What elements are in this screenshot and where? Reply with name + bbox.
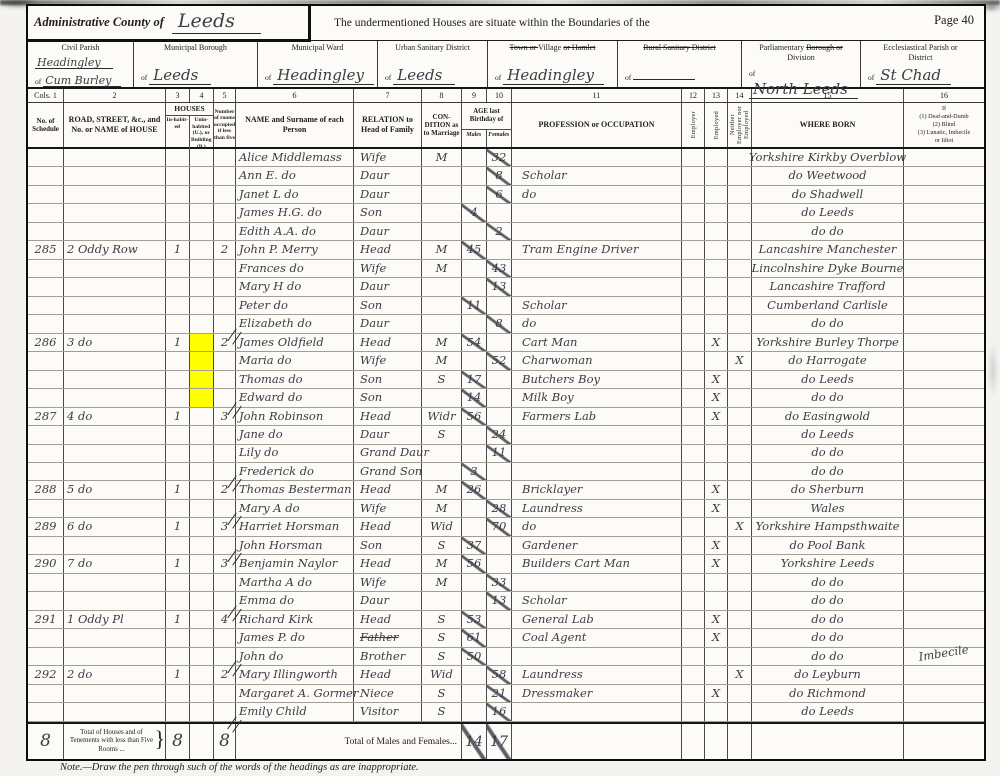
cell-schedule: [28, 703, 64, 720]
cell-age-female: [487, 481, 512, 498]
cell-born: do do: [752, 629, 904, 646]
cell-condition: S: [422, 537, 462, 554]
district-field: Parliamentary Borough or Division ofNort…: [742, 41, 861, 87]
cell-inhabited: 1: [166, 518, 190, 535]
cell-condition: M: [422, 555, 462, 572]
district-label: Civil Parish: [30, 43, 131, 53]
cell-neither: [728, 500, 752, 517]
cell-occupation: [512, 204, 682, 221]
cell-name: Maria do: [236, 352, 354, 369]
cell-name: Mary H do: [236, 278, 354, 295]
header-infirmity-lines: If (1) Deaf-and-Dumb (2) Blind (3) Lunat…: [918, 105, 970, 145]
census-row: Edith A.A. doDaur2do do: [28, 223, 984, 241]
cell-occupation: [512, 648, 682, 665]
district-label: Rural Sanitary District: [620, 43, 739, 53]
census-row: Thomas doSonS17Butchers BoyXdo Leeds: [28, 371, 984, 389]
districts-row: Civil Parish HeadingleyofCum BurleyMunic…: [28, 41, 984, 89]
cell-occupation: [512, 426, 682, 443]
cell-schedule: [28, 278, 64, 295]
cell-road: [64, 463, 166, 480]
col-number: 10: [487, 89, 512, 102]
cell-born: do Harrogate: [752, 352, 904, 369]
cell-infirmity: [904, 149, 984, 166]
cell-neither: [728, 445, 752, 462]
cell-road: [64, 703, 166, 720]
cell-age-female: [487, 463, 512, 480]
col-number: 4: [190, 89, 214, 102]
cell-employer: [682, 260, 705, 277]
cell-name: Elizabeth do: [236, 315, 354, 332]
cell-relation: Son: [354, 204, 422, 221]
cell-name: Richard Kirk: [236, 611, 354, 628]
total-empty-cell: [904, 724, 984, 760]
cell-infirmity: [904, 703, 984, 720]
cell-age-male: [462, 149, 487, 166]
cell-uninhabited: [190, 574, 214, 591]
cell-age-female: 58: [487, 666, 512, 683]
cell-born: do Leeds: [752, 703, 904, 720]
cell-employer: [682, 592, 705, 609]
cell-age-female: [487, 389, 512, 406]
cell-schedule: [28, 463, 64, 480]
cell-employer: [682, 703, 705, 720]
district-value: Leeds: [149, 68, 211, 85]
cell-employer: [682, 278, 705, 295]
total-females: 17: [490, 735, 508, 749]
cell-employer: [682, 463, 705, 480]
cell-infirmity: [904, 278, 984, 295]
census-row: 2896 do13Harriet HorsmanHeadWid70doXYork…: [28, 518, 984, 536]
district-value: Headingley: [503, 68, 604, 85]
cell-schedule: [28, 149, 64, 166]
cell-employer: [682, 685, 705, 702]
cell-born: do do: [752, 648, 904, 665]
cell-road: 2 Oddy Row: [64, 241, 166, 258]
header-age: AGE last Birthday of: [462, 103, 511, 130]
cell-inhabited: [166, 315, 190, 332]
cell-condition: S: [422, 703, 462, 720]
cell-occupation: Scholar: [512, 297, 682, 314]
col-number: 6: [236, 89, 354, 102]
page-number: Page 40: [934, 13, 974, 28]
header-condition: CON-DITION as to Marriage: [422, 103, 462, 147]
cell-employer: [682, 167, 705, 184]
cell-employed: [705, 518, 728, 535]
cell-neither: [728, 315, 752, 332]
header-houses: HOUSES: [166, 103, 213, 116]
cell-infirmity: [904, 223, 984, 240]
census-row: Margaret A. GormerNieceS21DressmakerXdo …: [28, 685, 984, 703]
cell-uninhabited: [190, 445, 214, 462]
cell-schedule: 287: [28, 408, 64, 425]
cell-inhabited: [166, 371, 190, 388]
cell-born: do do: [752, 445, 904, 462]
cell-name: Alice Middlemass: [236, 149, 354, 166]
cell-born: do do: [752, 611, 904, 628]
cell-schedule: [28, 297, 64, 314]
cell-name: Edward do: [236, 389, 354, 406]
cell-employer: [682, 445, 705, 462]
cell-rooms: [214, 574, 236, 591]
cell-occupation: [512, 260, 682, 277]
cell-infirmity: [904, 611, 984, 628]
cell-employer: [682, 648, 705, 665]
header-name: NAME and Surname of each Person: [236, 103, 354, 147]
cell-age-female: 13: [487, 592, 512, 609]
cell-uninhabited: [190, 685, 214, 702]
cell-age-male: 14: [462, 389, 487, 406]
cell-neither: [728, 426, 752, 443]
cell-employer: [682, 223, 705, 240]
census-row: Ann E. doDaur8Scholardo Weetwood: [28, 167, 984, 185]
cell-occupation: [512, 278, 682, 295]
cell-condition: S: [422, 685, 462, 702]
cell-road: [64, 149, 166, 166]
cell-road: [64, 574, 166, 591]
cell-uninhabited: [190, 167, 214, 184]
cell-age-male: 56: [462, 408, 487, 425]
cell-born: do Leeds: [752, 426, 904, 443]
cell-road: 5 do: [64, 481, 166, 498]
header-employed-label: Employed: [713, 111, 720, 139]
cell-schedule: [28, 260, 64, 277]
district-label: Town or Village or Hamlet: [490, 43, 615, 53]
cell-schedule: [28, 500, 64, 517]
cell-name: Martha A do: [236, 574, 354, 591]
cell-occupation: Laundress: [512, 666, 682, 683]
cell-employer: [682, 426, 705, 443]
cell-neither: [728, 223, 752, 240]
cell-infirmity: [904, 260, 984, 277]
cell-neither: [728, 204, 752, 221]
census-row: Frances doWifeM43Lincolnshire Dyke Bourn…: [28, 260, 984, 278]
col-number: 2: [64, 89, 166, 102]
cell-age-female: [487, 611, 512, 628]
cell-uninhabited: [190, 666, 214, 683]
total-females-cell: 17: [487, 724, 512, 760]
cell-infirmity: [904, 685, 984, 702]
header-males: Males: [462, 130, 487, 147]
cell-age-female: 32: [487, 149, 512, 166]
district-field: Rural Sanitary District of: [618, 41, 742, 87]
cell-schedule: [28, 592, 64, 609]
cell-occupation: Cart Man: [512, 334, 682, 351]
cell-name: Emily Child: [236, 703, 354, 720]
cell-relation: Daur: [354, 426, 422, 443]
col-number: 16: [904, 89, 984, 102]
cell-road: [64, 648, 166, 665]
table-body: Alice MiddlemassWifeM32Yorkshire Kirkby …: [28, 149, 984, 722]
cell-infirmity: [904, 629, 984, 646]
cell-infirmity: [904, 481, 984, 498]
total-empty-cell: [682, 724, 705, 760]
col-number: 11: [512, 89, 682, 102]
cell-occupation: [512, 445, 682, 462]
cell-born: Lancashire Trafford: [752, 278, 904, 295]
cell-age-male: 56: [462, 555, 487, 572]
cell-neither: [728, 463, 752, 480]
cell-employer: [682, 389, 705, 406]
census-row: 2874 do13John RobinsonHeadWidr56Farmers …: [28, 408, 984, 426]
cell-born: Yorkshire Burley Thorpe: [752, 334, 904, 351]
cell-age-male: [462, 574, 487, 591]
cell-neither: X: [728, 352, 752, 369]
cell-age-female: 16: [487, 703, 512, 720]
cell-age-male: [462, 685, 487, 702]
cell-relation: Daur: [354, 278, 422, 295]
cell-condition: [422, 445, 462, 462]
header-females: Females: [487, 130, 511, 147]
cell-age-male: [462, 518, 487, 535]
census-row: Janet L doDaur6dodo Shadwell: [28, 186, 984, 204]
cell-relation: Daur: [354, 186, 422, 203]
cell-name: James P. do: [236, 629, 354, 646]
district-value: Leeds: [393, 68, 455, 85]
cell-relation: Visitor: [354, 703, 422, 720]
cell-uninhabited-highlighted: [190, 334, 214, 351]
cell-occupation: Milk Boy: [512, 389, 682, 406]
district-value: Headingley: [35, 57, 113, 69]
cell-road: [64, 352, 166, 369]
scan-smudge-edge: [988, 340, 998, 400]
cell-rooms: [214, 167, 236, 184]
cell-infirmity: [904, 666, 984, 683]
total-empty-cell: [752, 724, 904, 760]
cell-employer: [682, 408, 705, 425]
cell-schedule: 292: [28, 666, 64, 683]
census-row: Edward doSon14Milk BoyXdo do: [28, 389, 984, 407]
cell-inhabited: [166, 204, 190, 221]
cell-age-male: [462, 445, 487, 462]
cell-age-female: 52: [487, 352, 512, 369]
cell-road: 1 Oddy Pl: [64, 611, 166, 628]
cell-employed: X: [705, 685, 728, 702]
cell-infirmity: [904, 297, 984, 314]
of-prefix: of: [868, 73, 874, 82]
cell-employed: X: [705, 500, 728, 517]
cell-schedule: [28, 371, 64, 388]
cell-rooms: [214, 426, 236, 443]
of-prefix: of: [35, 77, 41, 86]
cell-employed: [705, 426, 728, 443]
header-age-group: AGE last Birthday of Males Females: [462, 103, 512, 147]
census-row: Emily ChildVisitorS16do Leeds: [28, 703, 984, 721]
header-houses-group: HOUSES In-habit-ed Unin-habited (U.), or…: [166, 103, 214, 147]
cell-name: Harriet Horsman: [236, 518, 354, 535]
cell-occupation: [512, 149, 682, 166]
cell-schedule: 290: [28, 555, 64, 572]
cell-occupation: [512, 463, 682, 480]
cell-uninhabited: [190, 500, 214, 517]
cell-uninhabited: [190, 315, 214, 332]
census-row: 2852 Oddy Row12John P. MerryHeadM45Tram …: [28, 241, 984, 259]
cell-name: John Robinson: [236, 408, 354, 425]
cell-road: [64, 223, 166, 240]
cell-neither: [728, 574, 752, 591]
cell-name: James Oldfield: [236, 334, 354, 351]
cell-relation: Wife: [354, 260, 422, 277]
cell-road: 6 do: [64, 518, 166, 535]
cell-employed: [705, 278, 728, 295]
cell-age-female: [487, 204, 512, 221]
cell-uninhabited: [190, 518, 214, 535]
census-row: 2922 do12Mary IllingworthHeadWid58Laundr…: [28, 666, 984, 684]
cell-name: Frederick do: [236, 463, 354, 480]
cell-neither: X: [728, 666, 752, 683]
cell-infirmity: [904, 445, 984, 462]
census-row: Jane doDaurS24do Leeds: [28, 426, 984, 444]
cell-schedule: [28, 537, 64, 554]
cell-schedule: [28, 223, 64, 240]
totals-row: 8 Total of Houses and of Tenements with …: [28, 722, 984, 760]
cell-name: Benjamin Naylor: [236, 555, 354, 572]
cell-employed: [705, 315, 728, 332]
cell-infirmity: [904, 167, 984, 184]
column-numbers-row: Cols. 1 2 3 4 5 6 7 8 9 10 11 12 13 14 1…: [28, 89, 984, 103]
cell-born: do Sherburn: [752, 481, 904, 498]
district-value: [633, 78, 695, 80]
cell-neither: [728, 629, 752, 646]
cell-neither: [728, 278, 752, 295]
cell-occupation: [512, 574, 682, 591]
cell-employed: [705, 463, 728, 480]
cell-uninhabited: [190, 204, 214, 221]
cell-age-male: [462, 703, 487, 720]
cell-born: do do: [752, 463, 904, 480]
total-mf-label-cell: Total of Males and Females...: [236, 724, 462, 760]
cell-name: Emma do: [236, 592, 354, 609]
cell-condition: [422, 167, 462, 184]
cell-born: do Easingwold: [752, 408, 904, 425]
cell-neither: [728, 186, 752, 203]
cell-neither: [728, 648, 752, 665]
cell-condition: [422, 297, 462, 314]
cell-inhabited: [166, 223, 190, 240]
cell-employed: X: [705, 629, 728, 646]
cell-neither: [728, 703, 752, 720]
cell-infirmity: [904, 315, 984, 332]
header-employer-label: Employer: [690, 111, 697, 138]
cell-inhabited: [166, 592, 190, 609]
district-label: Parliamentary Borough or Division: [744, 43, 858, 63]
cell-schedule: [28, 574, 64, 591]
cell-age-female: 28: [487, 500, 512, 517]
cell-occupation: Butchers Boy: [512, 371, 682, 388]
cell-name: John Horsman: [236, 537, 354, 554]
cell-road: [64, 297, 166, 314]
cell-condition: Widr: [422, 408, 462, 425]
cell-inhabited: [166, 463, 190, 480]
cell-age-male: 17: [462, 371, 487, 388]
cell-schedule: [28, 648, 64, 665]
cell-relation: Son: [354, 537, 422, 554]
cell-rooms: [214, 297, 236, 314]
cell-age-male: 4: [462, 204, 487, 221]
census-row: John HorsmanSonS37GardenerXdo Pool Bank: [28, 537, 984, 555]
cell-relation: Head: [354, 334, 422, 351]
cell-name: Janet L do: [236, 186, 354, 203]
cell-age-female: 6: [487, 186, 512, 203]
cell-neither: [728, 592, 752, 609]
cell-condition: M: [422, 500, 462, 517]
cell-born: Lincolnshire Dyke Bourne: [752, 260, 904, 277]
cell-inhabited: [166, 703, 190, 720]
cell-relation: Wife: [354, 352, 422, 369]
census-row: Elizabeth doDaur8dodo do: [28, 315, 984, 333]
cell-age-female: [487, 241, 512, 258]
cell-neither: [728, 389, 752, 406]
cell-inhabited: [166, 352, 190, 369]
cell-road: [64, 500, 166, 517]
of-prefix: of: [625, 73, 631, 82]
cell-rooms: [214, 204, 236, 221]
cell-name: Ann E. do: [236, 167, 354, 184]
cell-employed: [705, 167, 728, 184]
district-field: Town or Village or Hamlet ofHeadingley: [488, 41, 618, 87]
column-labels-row: No. of Schedule ROAD, STREET, &c., and N…: [28, 103, 984, 149]
total-inhabited: 8: [172, 733, 183, 750]
cell-inhabited: [166, 537, 190, 554]
census-row: Mary A doWifeM28LaundressXWales: [28, 500, 984, 518]
cell-age-female: 43: [487, 260, 512, 277]
cell-relation: Son: [354, 297, 422, 314]
of-prefix: of: [265, 73, 271, 82]
cell-born: do do: [752, 389, 904, 406]
cell-road: [64, 315, 166, 332]
cell-name: Mary Illingworth: [236, 666, 354, 683]
cell-infirmity: [904, 186, 984, 203]
cell-relation: Son: [354, 389, 422, 406]
census-row: Maria doWifeM52CharwomanXdo Harrogate: [28, 352, 984, 370]
cell-infirmity: [904, 334, 984, 351]
cell-name: John P. Merry: [236, 241, 354, 258]
cell-neither: [728, 481, 752, 498]
cell-condition: [422, 278, 462, 295]
cell-age-male: [462, 592, 487, 609]
cell-born: Wales: [752, 500, 904, 517]
cell-employer: [682, 241, 705, 258]
banner-text: The undermentioned Houses are situate wi…: [334, 17, 650, 29]
cell-condition: [422, 223, 462, 240]
cell-relation: Daur: [354, 315, 422, 332]
cell-uninhabited: [190, 278, 214, 295]
cell-neither: [728, 555, 752, 572]
cell-relation: Grand Daur: [354, 445, 422, 462]
cell-infirmity: [904, 371, 984, 388]
cell-born: Yorkshire Kirkby Overblow: [752, 149, 904, 166]
cell-employed: [705, 352, 728, 369]
cell-infirmity: [904, 518, 984, 535]
cell-rooms: [214, 352, 236, 369]
cell-road: [64, 260, 166, 277]
cell-employed: [705, 297, 728, 314]
cell-age-male: 45: [462, 241, 487, 258]
total-rooms: 8: [219, 733, 230, 750]
census-row: Mary H doDaur13Lancashire Trafford: [28, 278, 984, 296]
cell-inhabited: 1: [166, 334, 190, 351]
cell-rooms: [214, 149, 236, 166]
cell-condition: S: [422, 611, 462, 628]
header-uninhabited: Unin-habited (U.), or Building (B.): [190, 116, 213, 151]
cell-inhabited: [166, 685, 190, 702]
cell-inhabited: [166, 629, 190, 646]
cell-age-female: [487, 371, 512, 388]
total-males-cell: 14: [462, 724, 487, 760]
cell-employed: [705, 223, 728, 240]
cell-age-female: [487, 648, 512, 665]
cell-condition: S: [422, 629, 462, 646]
header-schedule: No. of Schedule: [28, 103, 64, 147]
